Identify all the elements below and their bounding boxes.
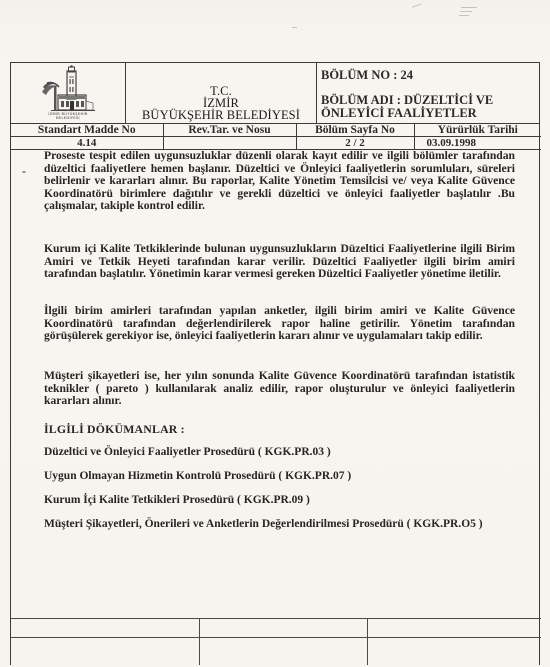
meta-header-row: Standart Madde No Rev.Tar. ve Nosu Bölüm… [11,124,541,137]
paragraph-process-nonconformities: Proseste tespit edilen uygunsuzluklar dü… [44,150,515,213]
signature-cell [367,638,541,666]
meta-value-row: 4.14 2 / 2 03.09.1998 [11,137,541,150]
signature-cell [11,638,199,666]
bullet-dash: - [22,164,26,179]
document-frame: İZMİR BÜYÜKŞEHİR BELEDİYESİ T.C. İZMİR B… [10,62,540,665]
logo-caption: İZMİR BÜYÜKŞEHİR BELEDİYESİ [11,112,125,120]
related-doc-item: Müşteri Şikayetleri, Önerileri ve Anketl… [44,518,484,531]
meta-value-section-page: 2 / 2 [296,137,414,150]
related-doc-item: Kurum İçi Kalite Tetkikleri Prosedürü ( … [44,494,504,507]
logo-caption-line2: BELEDİYESİ [11,116,125,120]
signature-cell [199,619,367,638]
scan-speck [412,3,422,7]
logo-cell: İZMİR BÜYÜKŞEHİR BELEDİYESİ [11,63,126,123]
signature-header-row [11,619,541,638]
meta-header-standard-clause: Standart Madde No [11,124,163,137]
header-row: İZMİR BÜYÜKŞEHİR BELEDİYESİ T.C. İZMİR B… [11,63,539,124]
related-docs-heading: İLGİLİ DÖKÜMANLAR : [44,422,185,437]
signature-value-row [11,638,541,666]
scan-speck [460,11,472,12]
paragraph-customer-complaints: Müşteri şikayetleri ise, her yılın sonun… [44,370,515,408]
org-line-municipality: BÜYÜKŞEHİR BELEDİYESİ [126,109,316,121]
meta-header-effective-date: Yürürlük Tarihi [414,124,541,137]
section-name-line2: ÖNLEYİCİ FAALİYETLER [321,107,493,120]
scanned-page: İZMİR BÜYÜKŞEHİR BELEDİYESİ T.C. İZMİR B… [0,0,550,667]
meta-value-revision [163,137,296,150]
scan-speck [292,27,297,28]
section-name: BÖLÜM ADI : DÜZELTİCİ VE ÖNLEYİCİ FAALİY… [321,94,493,119]
signature-cell [199,638,367,666]
related-doc-item: Düzeltici ve Önleyici Faaliyetler Prosed… [44,446,504,459]
signature-cell [367,619,541,638]
izmir-clock-tower-logo-icon [37,65,101,113]
scan-speck [459,15,469,16]
meta-value-effective-date: 03.09.1998 [414,137,541,150]
signature-table [11,618,541,665]
scan-speck [461,7,477,8]
meta-value-standard-clause: 4.14 [11,137,163,150]
paragraph-surveys: İlgili birim amirleri tarafından yapılan… [44,305,515,343]
paragraph-internal-audits: Kurum içi Kalite Tetkiklerinde bulunan u… [44,243,515,281]
section-number: BÖLÜM NO : 24 [321,69,413,82]
meta-header-section-page: Bölüm Sayfa No [296,124,414,137]
organization-title: T.C. İZMİR BÜYÜKŞEHİR BELEDİYESİ [126,63,317,123]
document-meta-table: Standart Madde No Rev.Tar. ve Nosu Bölüm… [11,124,541,150]
related-doc-item: Uygun Olmayan Hizmetin Kontrolü Prosedür… [44,470,504,483]
signature-cell [11,619,199,638]
section-name-line1: BÖLÜM ADI : DÜZELTİCİ VE [321,94,493,107]
meta-header-revision: Rev.Tar. ve Nosu [163,124,296,137]
section-info: BÖLÜM NO : 24 BÖLÜM ADI : DÜZELTİCİ VE Ö… [317,63,541,123]
